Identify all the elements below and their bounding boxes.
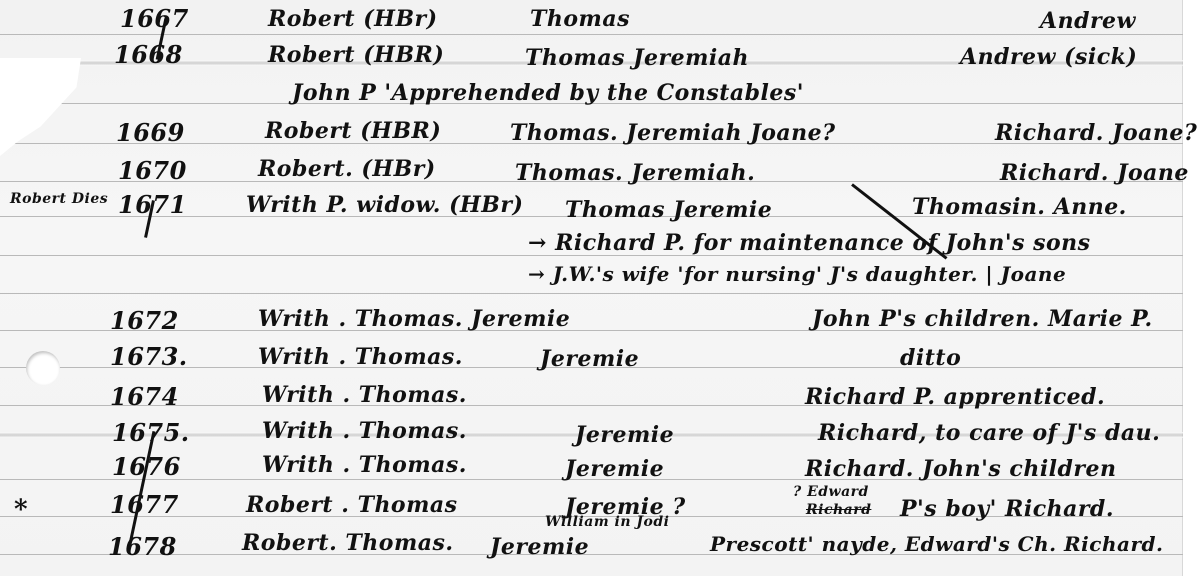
head-of-household: Writh . Thomas. xyxy=(262,382,467,408)
notes: ditto xyxy=(900,345,961,371)
inserted-word: ? Edward xyxy=(793,484,869,500)
year-1668: 1668 xyxy=(114,40,183,69)
children: Thomas Jeremie xyxy=(565,197,772,223)
head-of-household: Robert . Thomas xyxy=(246,492,458,518)
head-of-household: Robert (HBr) xyxy=(268,6,438,32)
inserted-note: William in Jodi xyxy=(545,514,669,530)
year-1667: 1667 xyxy=(120,4,189,33)
year-1678: 1678 xyxy=(108,532,177,561)
notes: Richard. Joane xyxy=(1000,160,1189,186)
notes: Andrew xyxy=(1040,8,1136,34)
margin-asterisk: * xyxy=(14,495,28,525)
head-of-household: Robert (HBR) xyxy=(265,118,441,144)
head-of-household: Writh . Thomas. xyxy=(258,344,463,370)
notes: Richard. Joane? xyxy=(995,120,1197,146)
notes: John P's children. Marie P. xyxy=(812,306,1153,332)
head-of-household: Robert. (HBr) xyxy=(258,156,436,182)
children: Jeremie xyxy=(575,422,674,448)
year-1673: 1673. xyxy=(110,342,188,371)
rule-line xyxy=(0,34,1183,35)
annotation-line: John P 'Apprehended by the Constables' xyxy=(292,80,804,106)
margin-note-robert-dies: Robert Dies xyxy=(10,191,108,207)
children: Thomas xyxy=(530,6,630,32)
arrow-note: → J.W.'s wife 'for nursing' J's daughter… xyxy=(528,262,1066,286)
notes: Prescott' nayde, Edward's Ch. Richard. xyxy=(710,532,1163,556)
ledger-page: Robert Dies * 1667 Robert (HBr) Thomas A… xyxy=(0,0,1201,576)
head-of-household: Writh . Thomas. Jeremie xyxy=(258,306,570,332)
children: Thomas. Jeremiah. xyxy=(515,160,755,186)
year-1677: 1677 xyxy=(110,490,179,519)
notes: Richard, to care of J's dau. xyxy=(818,420,1160,446)
notes: Richard P. apprenticed. xyxy=(805,384,1105,410)
children: Thomas. Jeremiah Joane? xyxy=(510,120,836,146)
year-1674: 1674 xyxy=(110,382,179,411)
notes: P's boy' Richard. xyxy=(900,496,1114,522)
year-1672: 1672 xyxy=(110,306,179,335)
page-edge xyxy=(1182,0,1201,576)
head-of-household: Writh . Thomas. xyxy=(262,418,467,444)
head-of-household: Writh P. widow. (HBr) xyxy=(246,192,523,218)
children: Jeremie xyxy=(540,346,639,372)
struck-word: Richard xyxy=(806,502,871,518)
children: Jeremie xyxy=(490,534,589,560)
notes: Richard. John's children xyxy=(805,456,1117,482)
head-of-household: Writh . Thomas. xyxy=(262,452,467,478)
head-of-household: Robert. Thomas. xyxy=(242,530,454,556)
arrow-note: → Richard P. for maintenance of John's s… xyxy=(528,230,1091,256)
rule-line xyxy=(0,293,1183,294)
notes: Thomasin. Anne. xyxy=(912,194,1127,220)
notes: Andrew (sick) xyxy=(960,44,1137,70)
head-of-household: Robert (HBR) xyxy=(268,42,444,68)
year-1670: 1670 xyxy=(118,156,187,185)
children: Jeremie xyxy=(565,456,664,482)
torn-corner xyxy=(0,58,90,156)
children: Thomas Jeremiah xyxy=(525,45,749,71)
year-1669: 1669 xyxy=(116,118,185,147)
punch-hole xyxy=(26,351,60,385)
